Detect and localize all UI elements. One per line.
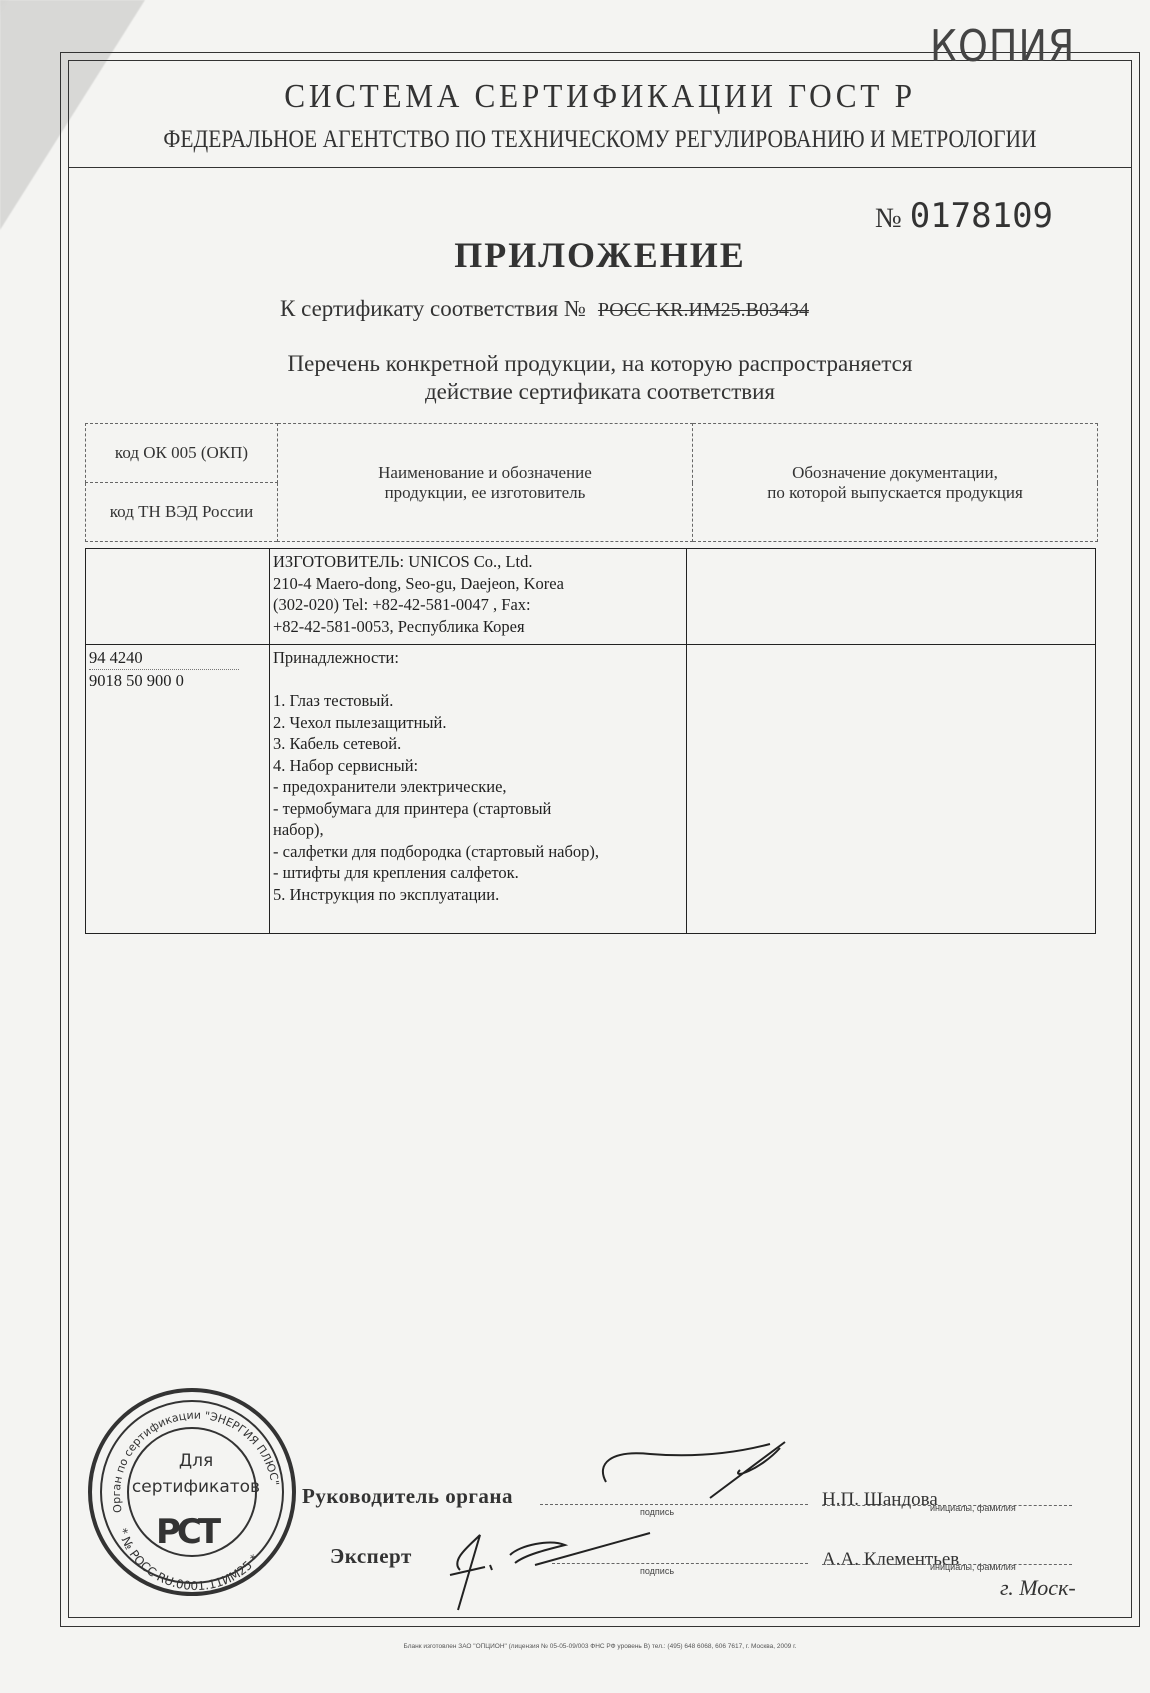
text-line: - салфетки для подбородка (стартовый наб… xyxy=(273,841,683,863)
table-header: код ОК 005 (ОКП) Наименование и обозначе… xyxy=(85,423,1098,542)
table-row: ИЗГОТОВИТЕЛЬ: UNICOS Co., Ltd. 210-4 Mae… xyxy=(86,549,1096,645)
text-line: 3. Кабель сетевой. xyxy=(273,733,683,755)
blank-line xyxy=(273,669,683,691)
text-line: - штифты для крепления салфеток. xyxy=(273,862,683,884)
certificate-reference-label: К сертификату соответствия № xyxy=(280,296,586,321)
header-code-okp: код ОК 005 (ОКП) xyxy=(86,424,278,483)
seal-center-text: Для сертификатов xyxy=(92,1448,300,1500)
header-product-line2: продукции, ее изготовитель xyxy=(279,483,691,503)
header-divider xyxy=(68,167,1132,168)
header-doc-line1: Обозначение документации, xyxy=(694,463,1096,483)
form-printer-footer: Бланк изготовлен ЗАО "ОПЦИОН" (лицензия … xyxy=(68,1643,1132,1650)
certificate-reference: К сертификату соответствия №РОСС KR.ИМ25… xyxy=(280,296,809,322)
head-name: Н.П. Шандова xyxy=(822,1489,938,1511)
documentation-cell xyxy=(687,549,1096,645)
header-doc-line2: по которой выпускается продукция xyxy=(694,483,1096,503)
form-number: №0178109 xyxy=(875,196,1053,236)
text-line: Принадлежности: xyxy=(273,647,683,669)
head-name-caption: инициалы, фамилия xyxy=(930,1503,1016,1513)
accessories-cell: Принадлежности: 1. Глаз тестовый. 2. Чех… xyxy=(270,645,687,934)
header-product-name: Наименование и обозначение продукции, ее… xyxy=(278,424,693,542)
text-line: 210-4 Maero-dong, Seo-gu, Daejeon, Korea xyxy=(273,573,683,595)
text-line: (302-020) Tel: +82-42-581-0047 , Fax: xyxy=(273,594,683,616)
codes-cell xyxy=(86,549,270,645)
seal-center-line2: сертификатов xyxy=(92,1474,300,1500)
head-label: Руководитель органа xyxy=(302,1484,513,1509)
manufacturer-cell: ИЗГОТОВИТЕЛЬ: UNICOS Co., Ltd. 210-4 Mae… xyxy=(270,549,687,645)
copy-stamp: КОПИЯ xyxy=(930,21,1075,72)
header-documentation: Обозначение документации, по которой вып… xyxy=(693,424,1098,542)
page-title: ПРИЛОЖЕНИЕ xyxy=(68,234,1132,276)
text-line: +82-42-581-0053, Республика Корея xyxy=(273,616,683,638)
text-line: - предохранители электрические, xyxy=(273,776,683,798)
list-title: Перечень конкретной продукции, на котору… xyxy=(68,350,1132,406)
list-title-line2: действие сертификата соответствия xyxy=(68,378,1132,406)
expert-label: Эксперт xyxy=(330,1544,412,1569)
form-number-value: 0178109 xyxy=(910,196,1053,236)
text-line: ИЗГОТОВИТЕЛЬ: UNICOS Co., Ltd. xyxy=(273,551,683,573)
text-line: 2. Чехол пылезащитный. xyxy=(273,712,683,734)
code-tnved: 9018 50 900 0 xyxy=(89,670,266,692)
certification-seal: Орган по сертификации "ЭНЕРГИЯ ПЛЮС" * №… xyxy=(88,1388,296,1596)
products-table: ИЗГОТОВИТЕЛЬ: UNICOS Co., Ltd. 210-4 Mae… xyxy=(85,548,1096,934)
codes-cell: 94 4240 9018 50 900 0 xyxy=(86,645,270,934)
expert-name-caption: инициалы, фамилия xyxy=(930,1562,1016,1572)
city-note: г. Моск- xyxy=(1000,1575,1076,1601)
system-title: СИСТЕМА СЕРТИФИКАЦИИ ГОСТ Р xyxy=(111,78,1090,116)
seal-center-line1: Для xyxy=(92,1448,300,1474)
text-line: 1. Глаз тестовый. xyxy=(273,690,683,712)
text-line: 4. Набор сервисный: xyxy=(273,755,683,777)
header-product-line1: Наименование и обозначение xyxy=(279,463,691,483)
code-okp: 94 4240 xyxy=(89,647,266,669)
text-line: 5. Инструкция по эксплуатации. xyxy=(273,884,683,906)
text-line: набор), xyxy=(273,819,683,841)
number-sign: № xyxy=(875,203,902,234)
header-code-tnved: код ТН ВЭД России xyxy=(86,483,278,542)
text-line: - термобумага для принтера (стартовый xyxy=(273,798,683,820)
documentation-cell xyxy=(687,645,1096,934)
table-row: 94 4240 9018 50 900 0 Принадлежности: 1.… xyxy=(86,645,1096,934)
certificate-reference-value: РОСС KR.ИМ25.В03434 xyxy=(598,299,809,321)
rst-logo-icon: РСТ xyxy=(156,1512,234,1558)
agency-title: ФЕДЕРАЛЬНОЕ АГЕНТСТВО ПО ТЕХНИЧЕСКОМУ РЕ… xyxy=(142,126,1057,154)
list-title-line1: Перечень конкретной продукции, на котору… xyxy=(68,350,1132,378)
